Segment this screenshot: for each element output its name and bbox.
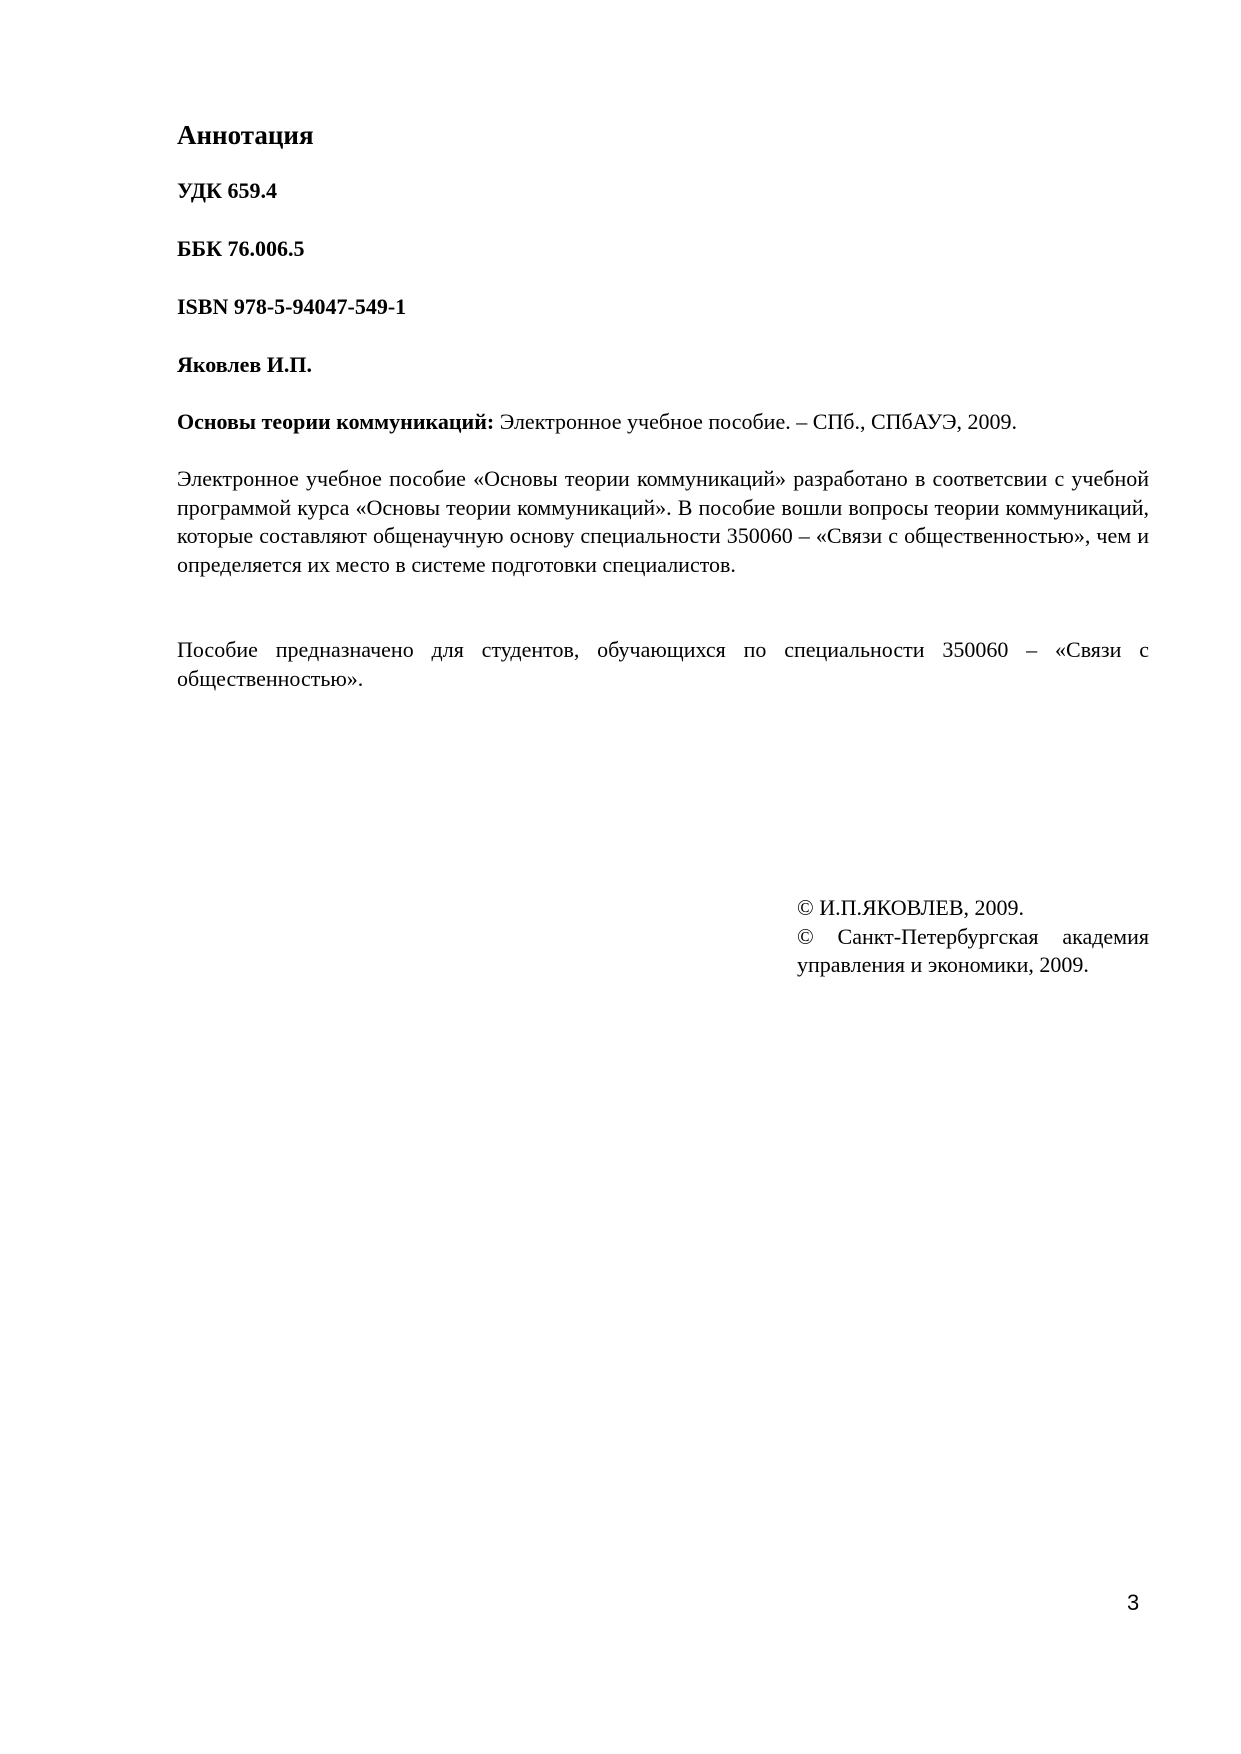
isbn-code: ISBN 978-5-94047-549-1 <box>177 294 406 320</box>
udk-code: УДК 659.4 <box>177 178 277 204</box>
bibliographic-citation: Основы теории коммуникаций: Электронное … <box>177 409 1017 435</box>
copyright-author: © И.П.ЯКОВЛЕВ, 2009. <box>797 894 1149 923</box>
bbk-code: ББК 76.006.5 <box>177 236 305 262</box>
copyright-block: © И.П.ЯКОВЛЕВ, 2009. © Санкт-Петербургск… <box>797 894 1149 980</box>
copyright-academy: © Санкт-Петербургская академия управлени… <box>797 923 1149 980</box>
audience-paragraph: Пособие предназначено для студентов, обу… <box>177 636 1149 693</box>
citation-title: Основы теории коммуникаций: <box>177 409 494 434</box>
document-page: Аннотация УДК 659.4 ББК 76.006.5 ISBN 97… <box>0 0 1241 1754</box>
page-number: 3 <box>1127 1590 1139 1616</box>
annotation-section: Аннотация УДК 659.4 ББК 76.006.5 ISBN 97… <box>177 118 1149 152</box>
citation-details: Электронное учебное пособие. – СПб., СПб… <box>494 409 1017 434</box>
page-title: Аннотация <box>177 118 1149 152</box>
description-paragraph: Электронное учебное пособие «Основы теор… <box>177 465 1149 579</box>
author-name: Яковлев И.П. <box>177 352 312 378</box>
